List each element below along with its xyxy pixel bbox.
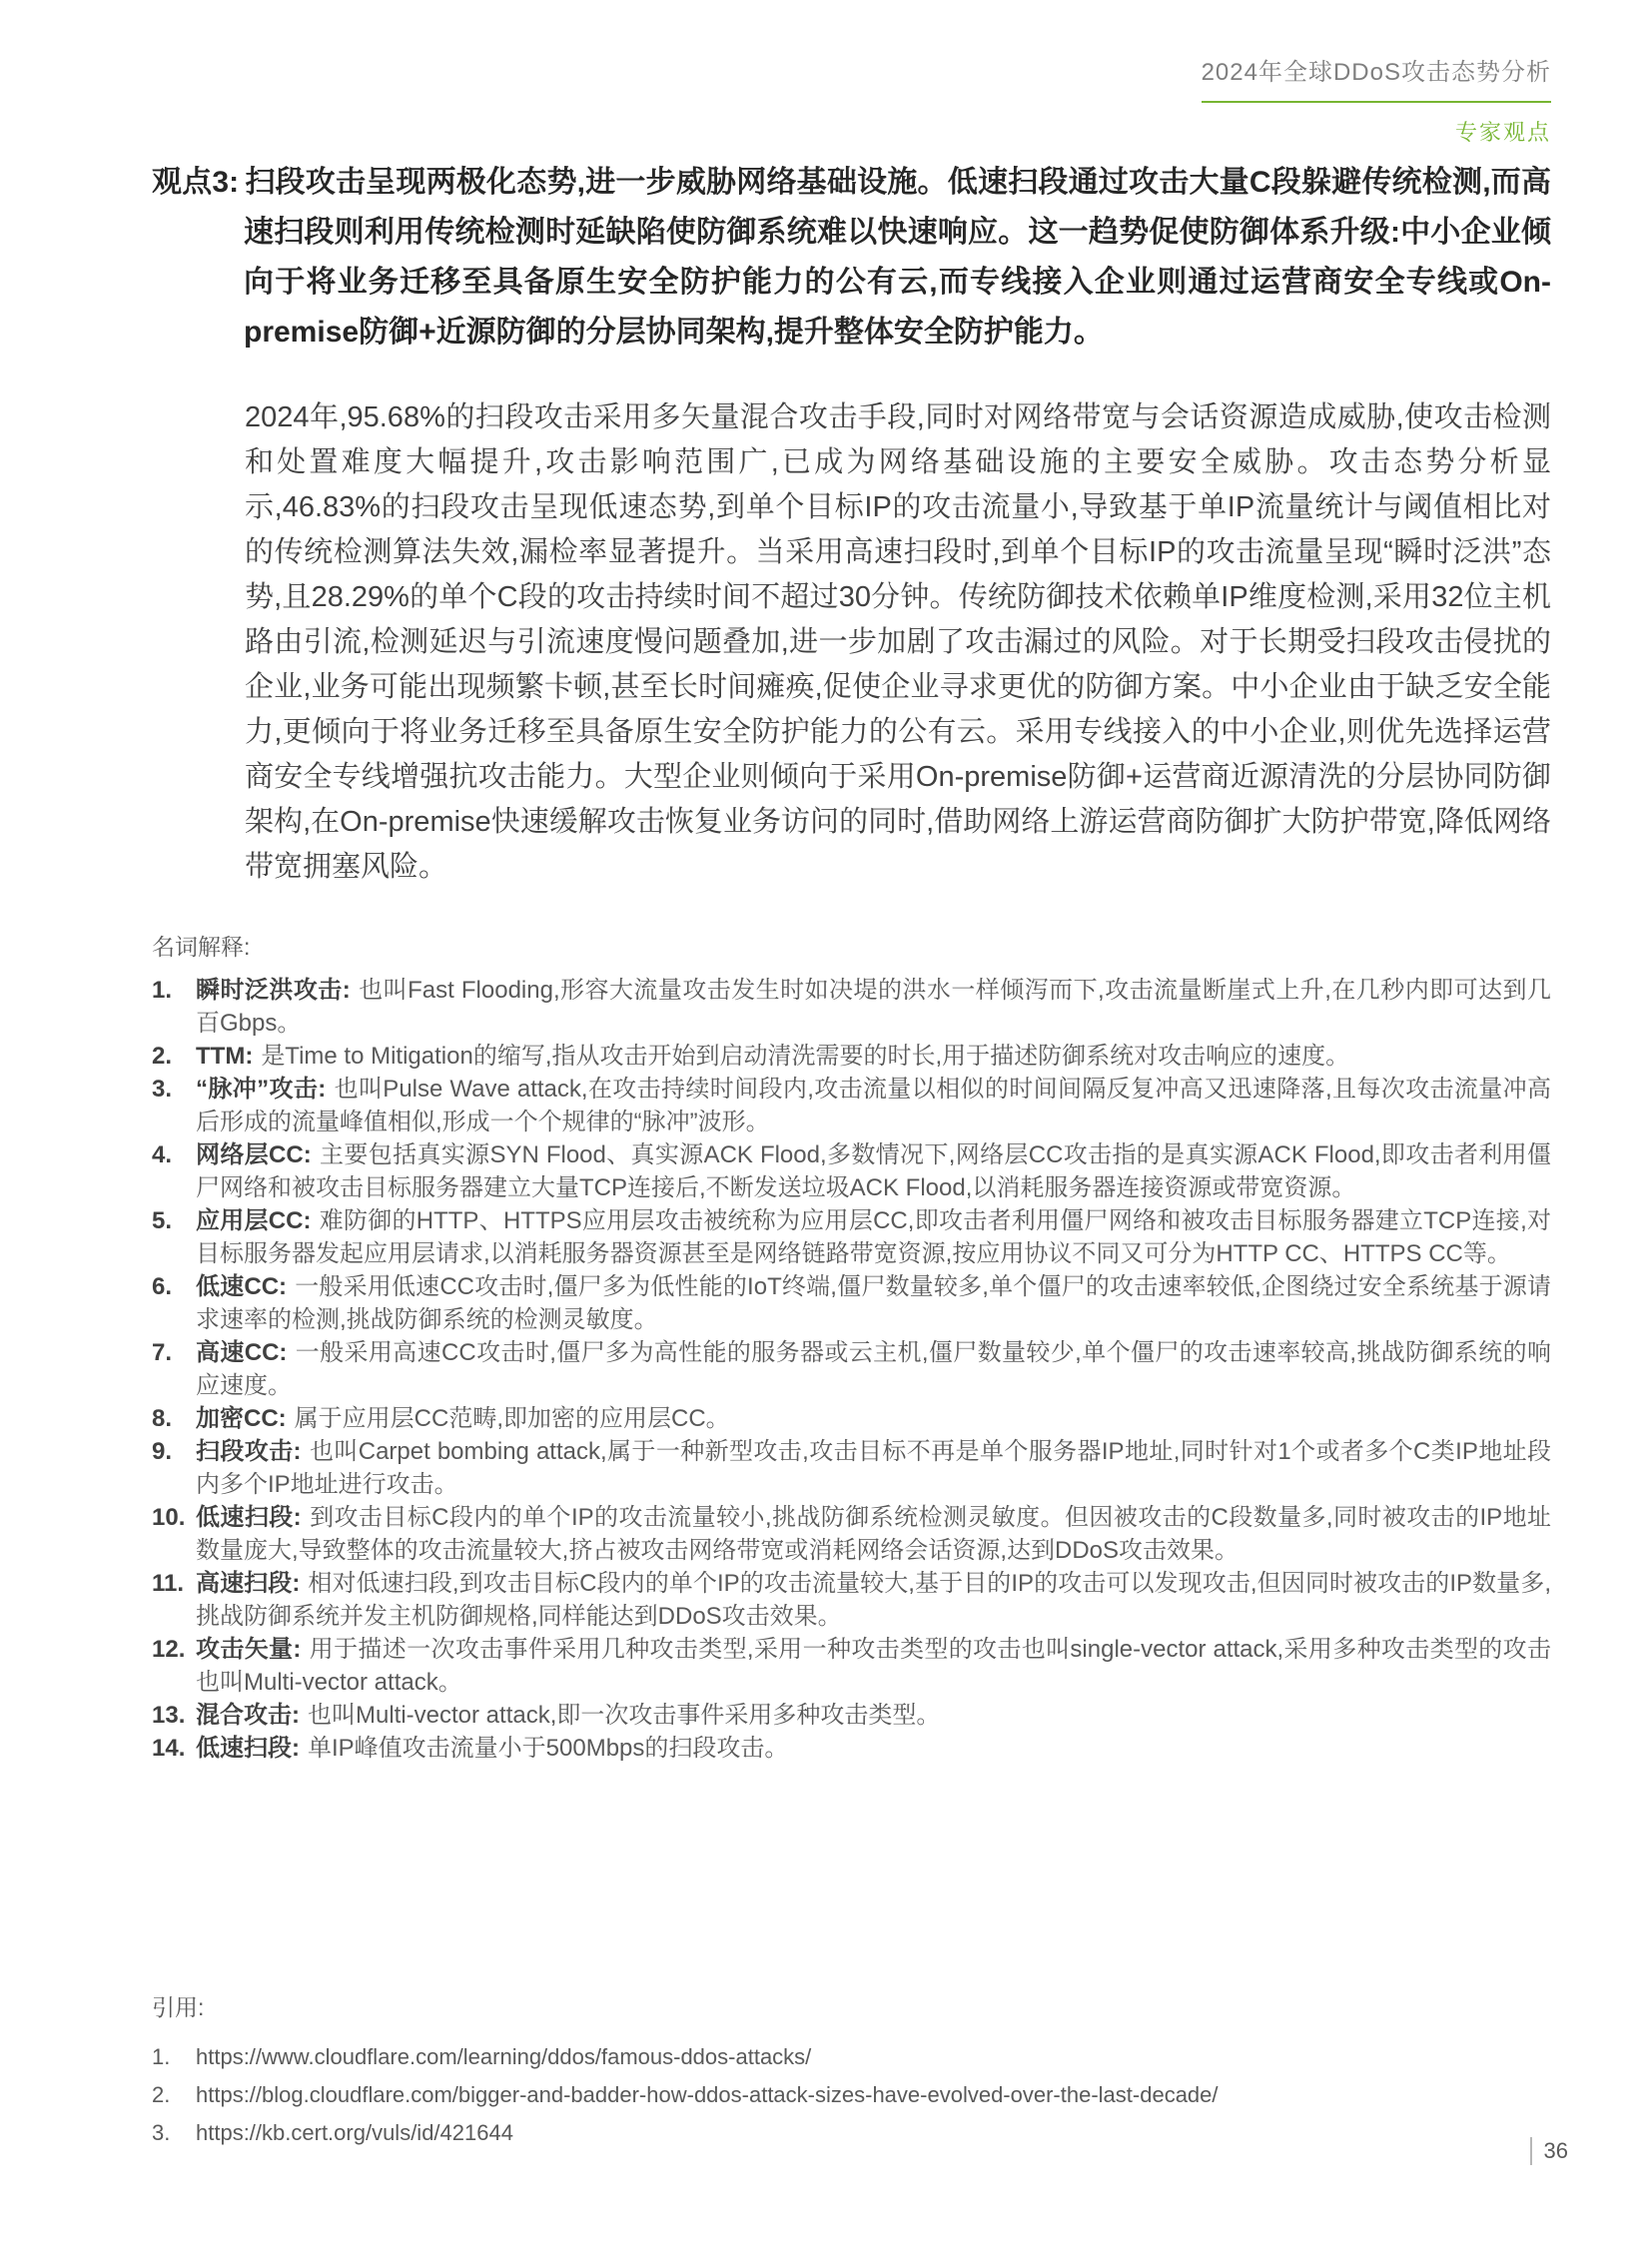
glossary-item: 4.网络层CC:主要包括真实源SYN Flood、真实源ACK Flood,多数… — [152, 1138, 1551, 1204]
glossary-item-term: 攻击矢量: — [196, 1636, 301, 1663]
glossary-item-text: 也叫Multi-vector attack,即一次攻击事件采用多种攻击类型。 — [308, 1702, 940, 1729]
glossary-item-number: 12. — [152, 1633, 185, 1666]
page-number-value: 36 — [1544, 2138, 1568, 2164]
glossary-item-term: 高速CC: — [196, 1339, 287, 1366]
reference-number: 3. — [152, 2114, 170, 2152]
references-title: 引用: — [152, 1989, 1551, 2022]
glossary-item-text: 属于应用层CC范畴,即加密的应用层CC。 — [295, 1405, 730, 1432]
page-header: 2024年全球DDoS攻击态势分析 专家观点 — [1202, 52, 1551, 147]
glossary-item-text: 主要包括真实源SYN Flood、真实源ACK Flood,多数情况下,网络层C… — [196, 1141, 1551, 1201]
report-title: 2024年全球DDoS攻击态势分析 — [1202, 52, 1551, 87]
glossary-item: 8.加密CC:属于应用层CC范畴,即加密的应用层CC。 — [152, 1402, 1551, 1435]
glossary-item-term: TTM: — [196, 1043, 253, 1070]
reference-item: 2.https://blog.cloudflare.com/bigger-and… — [152, 2076, 1551, 2114]
document-page: 2024年全球DDoS攻击态势分析 专家观点 观点3:扫段攻击呈现两极化态势,进… — [0, 0, 1652, 2242]
viewpoint-label: 观点3: — [152, 166, 239, 199]
glossary-item-number: 7. — [152, 1336, 172, 1369]
reference-number: 2. — [152, 2076, 170, 2114]
glossary-item-term: “脉冲”攻击: — [196, 1076, 326, 1103]
glossary-item: 5.应用层CC:难防御的HTTP、HTTPS应用层攻击被统称为应用层CC,即攻击… — [152, 1204, 1551, 1270]
glossary-item: 14.低速扫段:单IP峰值攻击流量小于500Mbps的扫段攻击。 — [152, 1732, 1551, 1765]
reference-link[interactable]: https://kb.cert.org/vuls/id/421644 — [196, 2120, 513, 2145]
glossary-item-text: 单IP峰值攻击流量小于500Mbps的扫段攻击。 — [308, 1735, 788, 1762]
reference-item: 3.https://kb.cert.org/vuls/id/421644 — [152, 2114, 1551, 2152]
reference-number: 1. — [152, 2038, 170, 2076]
glossary-item-number: 1. — [152, 974, 172, 1007]
references-list: 1.https://www.cloudflare.com/learning/dd… — [152, 2038, 1551, 2152]
glossary-item: 6.低速CC:一般采用低速CC攻击时,僵尸多为低性能的IoT终端,僵尸数量较多,… — [152, 1270, 1551, 1336]
glossary-item-term: 混合攻击: — [196, 1702, 300, 1729]
glossary-item-text: 相对低速扫段,到攻击目标C段内的单个IP的攻击流量较大,基于目的IP的攻击可以发… — [196, 1570, 1551, 1630]
glossary-item: 11.高速扫段:相对低速扫段,到攻击目标C段内的单个IP的攻击流量较大,基于目的… — [152, 1567, 1551, 1633]
glossary-item-term: 瞬时泛洪攻击: — [196, 977, 351, 1004]
glossary-section: 名词解释: 1.瞬时泛洪攻击:也叫Fast Flooding,形容大流量攻击发生… — [152, 929, 1551, 1765]
references-section: 引用: 1.https://www.cloudflare.com/learnin… — [152, 1989, 1551, 2152]
glossary-item: 3.“脉冲”攻击:也叫Pulse Wave attack,在攻击持续时间段内,攻… — [152, 1073, 1551, 1138]
viewpoint-heading: 观点3:扫段攻击呈现两极化态势,进一步威胁网络基础设施。低速扫段通过攻击大量C段… — [152, 158, 1551, 358]
glossary-item-term: 应用层CC: — [196, 1207, 311, 1234]
page-number-divider — [1530, 2137, 1532, 2165]
glossary-item: 2.TTM:是Time to Mitigation的缩写,指从攻击开始到启动清洗… — [152, 1040, 1551, 1073]
glossary-item-text: 也叫Pulse Wave attack,在攻击持续时间段内,攻击流量以相似的时间… — [196, 1076, 1551, 1135]
glossary-item-text: 也叫Carpet bombing attack,属于一种新型攻击,攻击目标不再是… — [196, 1438, 1551, 1498]
glossary-item-term: 高速扫段: — [196, 1570, 300, 1597]
glossary-item: 10.低速扫段:到攻击目标C段内的单个IP的攻击流量较小,挑战防御系统检测灵敏度… — [152, 1501, 1551, 1567]
viewpoint-heading-text: 扫段攻击呈现两极化态势,进一步威胁网络基础设施。低速扫段通过攻击大量C段躲避传统… — [244, 166, 1551, 349]
glossary-item-text: 难防御的HTTP、HTTPS应用层攻击被统称为应用层CC,即攻击者利用僵尸网络和… — [196, 1207, 1551, 1267]
glossary-item-number: 9. — [152, 1435, 172, 1468]
glossary-item-number: 4. — [152, 1138, 172, 1171]
viewpoint-section: 观点3:扫段攻击呈现两极化态势,进一步威胁网络基础设施。低速扫段通过攻击大量C段… — [152, 158, 1551, 890]
glossary-item: 1.瞬时泛洪攻击:也叫Fast Flooding,形容大流量攻击发生时如决堤的洪… — [152, 974, 1551, 1040]
glossary-item: 9.扫段攻击:也叫Carpet bombing attack,属于一种新型攻击,… — [152, 1435, 1551, 1501]
glossary-item-term: 扫段攻击: — [196, 1438, 302, 1465]
header-divider — [1202, 101, 1551, 103]
glossary-item-term: 低速CC: — [196, 1273, 287, 1300]
glossary-item-text: 用于描述一次攻击事件采用几种攻击类型,采用一种攻击类型的攻击也叫single-v… — [196, 1636, 1551, 1696]
glossary-item-number: 3. — [152, 1073, 172, 1106]
reference-item: 1.https://www.cloudflare.com/learning/dd… — [152, 2038, 1551, 2076]
glossary-item-number: 13. — [152, 1699, 185, 1732]
glossary-title: 名词解释: — [152, 929, 1551, 962]
glossary-item-term: 网络层CC: — [196, 1141, 312, 1168]
glossary-item: 12.攻击矢量:用于描述一次攻击事件采用几种攻击类型,采用一种攻击类型的攻击也叫… — [152, 1633, 1551, 1699]
glossary-item: 7.高速CC:一般采用高速CC攻击时,僵尸多为高性能的服务器或云主机,僵尸数量较… — [152, 1336, 1551, 1402]
glossary-item-text: 一般采用高速CC攻击时,僵尸多为高性能的服务器或云主机,僵尸数量较少,单个僵尸的… — [196, 1339, 1551, 1399]
glossary-item-term: 低速扫段: — [196, 1504, 302, 1531]
glossary-item-number: 8. — [152, 1402, 172, 1435]
glossary-item-text: 是Time to Mitigation的缩写,指从攻击开始到启动清洗需要的时长,… — [261, 1043, 1349, 1070]
glossary-item-number: 14. — [152, 1732, 185, 1765]
section-label: 专家观点 — [1202, 116, 1551, 147]
glossary-item-number: 6. — [152, 1270, 172, 1303]
glossary-item-text: 到攻击目标C段内的单个IP的攻击流量较小,挑战防御系统检测灵敏度。但因被攻击的C… — [196, 1504, 1551, 1564]
glossary-item-number: 2. — [152, 1040, 172, 1073]
page-number: 36 — [1530, 2137, 1568, 2165]
glossary-item-number: 5. — [152, 1204, 172, 1237]
glossary-item-number: 10. — [152, 1501, 185, 1534]
glossary-item-text: 也叫Fast Flooding,形容大流量攻击发生时如决堤的洪水一样倾泻而下,攻… — [196, 977, 1551, 1037]
glossary-item: 13.混合攻击:也叫Multi-vector attack,即一次攻击事件采用多… — [152, 1699, 1551, 1732]
reference-link[interactable]: https://blog.cloudflare.com/bigger-and-b… — [196, 2082, 1219, 2107]
glossary-item-number: 11. — [152, 1567, 184, 1600]
glossary-item-text: 一般采用低速CC攻击时,僵尸多为低性能的IoT终端,僵尸数量较多,单个僵尸的攻击… — [196, 1273, 1551, 1333]
glossary-item-term: 加密CC: — [196, 1405, 287, 1432]
viewpoint-body: 2024年,95.68%的扫段攻击采用多矢量混合攻击手段,同时对网络带宽与会话资… — [152, 395, 1551, 890]
reference-link[interactable]: https://www.cloudflare.com/learning/ddos… — [196, 2044, 811, 2069]
glossary-item-term: 低速扫段: — [196, 1735, 300, 1762]
glossary-list: 1.瞬时泛洪攻击:也叫Fast Flooding,形容大流量攻击发生时如决堤的洪… — [152, 974, 1551, 1765]
